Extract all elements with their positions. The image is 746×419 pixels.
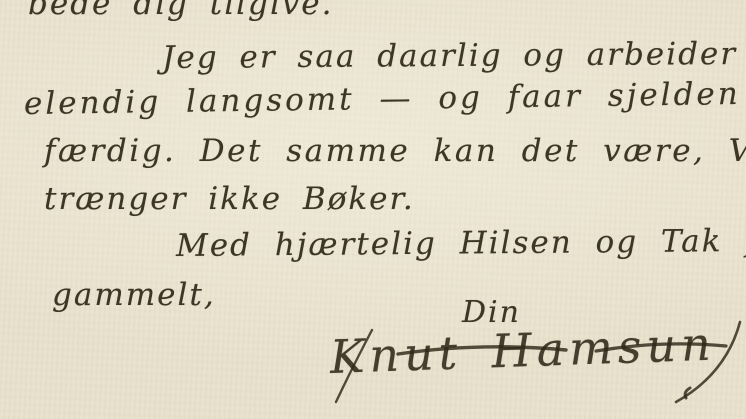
signature-comma-mark [685,388,690,398]
letter-line: elendig langsomt — og faar sjelden noget [24,74,746,122]
letter-line: færdig. Det samme kan det være, Verden [44,133,746,169]
letter-line: trænger ikke Bøker. [44,181,415,217]
letter-line: Jeg er saa daarlig og arbeider saa [162,35,746,76]
letter-line: gammelt, [52,277,216,313]
signature: Knut Hamsun [329,317,716,384]
letter-page: bede dig tilgive. Jeg er saa daarlig og … [0,0,746,419]
letter-line: Med hjærtelig Hilsen og Tak for [176,223,746,264]
letter-line: bede dig tilgive. [28,0,333,22]
